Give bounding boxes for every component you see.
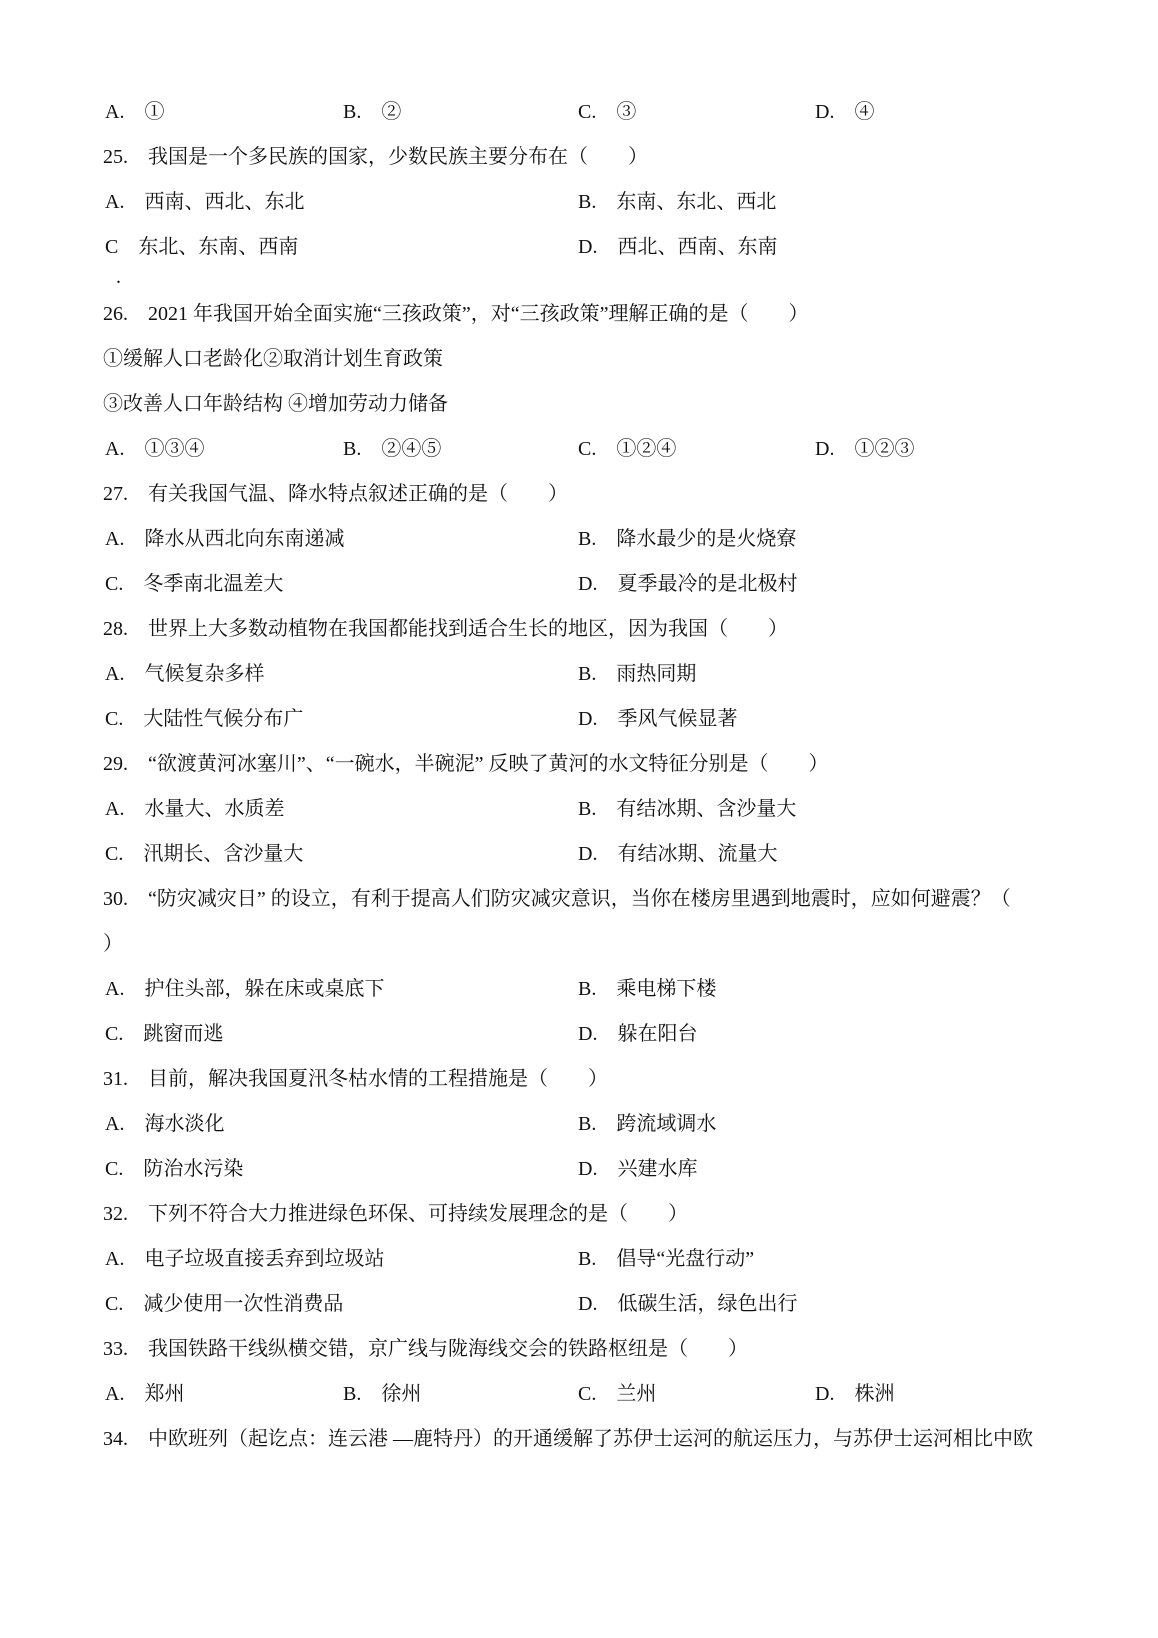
- question-25-options-row-1: A. 西南、西北、东北B. 东南、东北、西北: [0, 180, 1158, 225]
- option-cell: A. 海水淡化: [105, 1102, 224, 1147]
- question-26-item-line-1: ①缓解人口老龄化②取消计划生育政策: [0, 337, 1158, 382]
- stray-period: .: [0, 270, 1158, 292]
- option-cell: D. 躲在阳台: [578, 1012, 697, 1057]
- option-cell: B. ②: [343, 90, 401, 135]
- option-cell: B. 倡导“光盘行动”: [578, 1237, 754, 1282]
- option-cell: B. 徐州: [343, 1372, 421, 1417]
- option-cell: A. 西南、西北、东北: [105, 180, 304, 225]
- question-33-stem: 33. 我国铁路干线纵横交错，京广线与陇海线交会的铁路枢纽是（ ）: [0, 1327, 1158, 1372]
- question-29-options-row-1: A. 水量大、水质差B. 有结冰期、含沙量大: [0, 787, 1158, 832]
- option-cell: D. ④: [815, 90, 874, 135]
- option-cell: D. 兴建水库: [578, 1147, 697, 1192]
- question-24-options-row: A. ①B. ②C. ③D. ④: [0, 90, 1158, 135]
- question-32-stem: 32. 下列不符合大力推进绿色环保、可持续发展理念的是（ ）: [0, 1192, 1158, 1237]
- option-cell: C. 汛期长、含沙量大: [105, 832, 303, 877]
- option-cell: D. 季风气候显著: [578, 697, 737, 742]
- question-31-options-row-1: A. 海水淡化B. 跨流域调水: [0, 1102, 1158, 1147]
- option-cell: D. ①②③: [815, 427, 914, 472]
- question-25-options-row-2: C 东北、东南、西南D. 西北、西南、东南: [0, 225, 1158, 270]
- option-cell: A. ①③④: [105, 427, 204, 472]
- option-cell: B. 有结冰期、含沙量大: [578, 787, 796, 832]
- option-cell: C. 跳窗而逃: [105, 1012, 223, 1057]
- option-cell: C. 防治水污染: [105, 1147, 243, 1192]
- question-29-stem: 29. “欲渡黄河冰塞川”、“一碗水，半碗泥” 反映了黄河的水文特征分别是（ ）: [0, 742, 1158, 787]
- question-30-stem-continuation: ）: [0, 922, 1158, 967]
- option-cell: B. 东南、东北、西北: [578, 180, 776, 225]
- option-cell: D. 有结冰期、流量大: [578, 832, 777, 877]
- question-32-options-row-2: C. 减少使用一次性消费品D. 低碳生活，绿色出行: [0, 1282, 1158, 1327]
- option-cell: A. 护住头部，躲在床或桌底下: [105, 967, 384, 1012]
- question-27-options-row-2: C. 冬季南北温差大D. 夏季最冷的是北极村: [0, 562, 1158, 607]
- question-28-options-row-2: C. 大陆性气候分布广D. 季风气候显著: [0, 697, 1158, 742]
- option-cell: A. 气候复杂多样: [105, 652, 264, 697]
- option-cell: A. 水量大、水质差: [105, 787, 284, 832]
- exam-lines-container: A. ①B. ②C. ③D. ④25. 我国是一个多民族的国家，少数民族主要分布…: [0, 90, 1158, 1462]
- option-cell: B. 雨热同期: [578, 652, 696, 697]
- question-30-stem: 30. “防灾减灾日” 的设立，有利于提高人们防灾减灾意识，当你在楼房里遇到地震…: [0, 877, 1158, 922]
- question-34-stem: 34. 中欧班列（起讫点：连云港 —鹿特丹）的开通缓解了苏伊士运河的航运压力，与…: [0, 1417, 1158, 1462]
- option-cell: D. 夏季最冷的是北极村: [578, 562, 797, 607]
- option-cell: A. ①: [105, 90, 164, 135]
- option-cell: C 东北、东南、西南: [105, 225, 298, 270]
- question-30-options-row-1: A. 护住头部，躲在床或桌底下B. 乘电梯下楼: [0, 967, 1158, 1012]
- option-cell: A. 电子垃圾直接丢弃到垃圾站: [105, 1237, 384, 1282]
- option-cell: C. 减少使用一次性消费品: [105, 1282, 343, 1327]
- option-cell: D. 西北、西南、东南: [578, 225, 777, 270]
- question-29-options-row-2: C. 汛期长、含沙量大D. 有结冰期、流量大: [0, 832, 1158, 877]
- question-27-stem: 27. 有关我国气温、降水特点叙述正确的是（ ）: [0, 472, 1158, 517]
- option-cell: C. ③: [578, 90, 636, 135]
- question-28-options-row-1: A. 气候复杂多样B. 雨热同期: [0, 652, 1158, 697]
- option-cell: B. 跨流域调水: [578, 1102, 716, 1147]
- question-26-item-line-2: ③改善人口年龄结构 ④增加劳动力储备: [0, 382, 1158, 427]
- question-26-options-row: A. ①③④B. ②④⑤C. ①②④D. ①②③: [0, 427, 1158, 472]
- option-cell: D. 株洲: [815, 1372, 894, 1417]
- option-cell: C. ①②④: [578, 427, 676, 472]
- question-28-stem: 28. 世界上大多数动植物在我国都能找到适合生长的地区，因为我国（ ）: [0, 607, 1158, 652]
- option-cell: B. 降水最少的是火烧寮: [578, 517, 796, 562]
- option-cell: C. 冬季南北温差大: [105, 562, 283, 607]
- option-cell: B. 乘电梯下楼: [578, 967, 716, 1012]
- question-27-options-row-1: A. 降水从西北向东南递减B. 降水最少的是火烧寮: [0, 517, 1158, 562]
- option-cell: B. ②④⑤: [343, 427, 441, 472]
- option-cell: A. 降水从西北向东南递减: [105, 517, 344, 562]
- question-25-stem: 25. 我国是一个多民族的国家，少数民族主要分布在（ ）: [0, 135, 1158, 180]
- option-cell: C. 大陆性气候分布广: [105, 697, 303, 742]
- question-33-options-row: A. 郑州B. 徐州C. 兰州D. 株洲: [0, 1372, 1158, 1417]
- exam-document-page: A. ①B. ②C. ③D. ④25. 我国是一个多民族的国家，少数民族主要分布…: [0, 0, 1158, 1638]
- question-31-options-row-2: C. 防治水污染D. 兴建水库: [0, 1147, 1158, 1192]
- option-cell: C. 兰州: [578, 1372, 656, 1417]
- option-cell: A. 郑州: [105, 1372, 184, 1417]
- option-cell: D. 低碳生活，绿色出行: [578, 1282, 797, 1327]
- question-26-stem: 26. 2021 年我国开始全面实施“三孩政策”，对“三孩政策”理解正确的是（ …: [0, 292, 1158, 337]
- question-30-options-row-2: C. 跳窗而逃D. 躲在阳台: [0, 1012, 1158, 1057]
- question-32-options-row-1: A. 电子垃圾直接丢弃到垃圾站B. 倡导“光盘行动”: [0, 1237, 1158, 1282]
- question-31-stem: 31. 目前，解决我国夏汛冬枯水情的工程措施是（ ）: [0, 1057, 1158, 1102]
